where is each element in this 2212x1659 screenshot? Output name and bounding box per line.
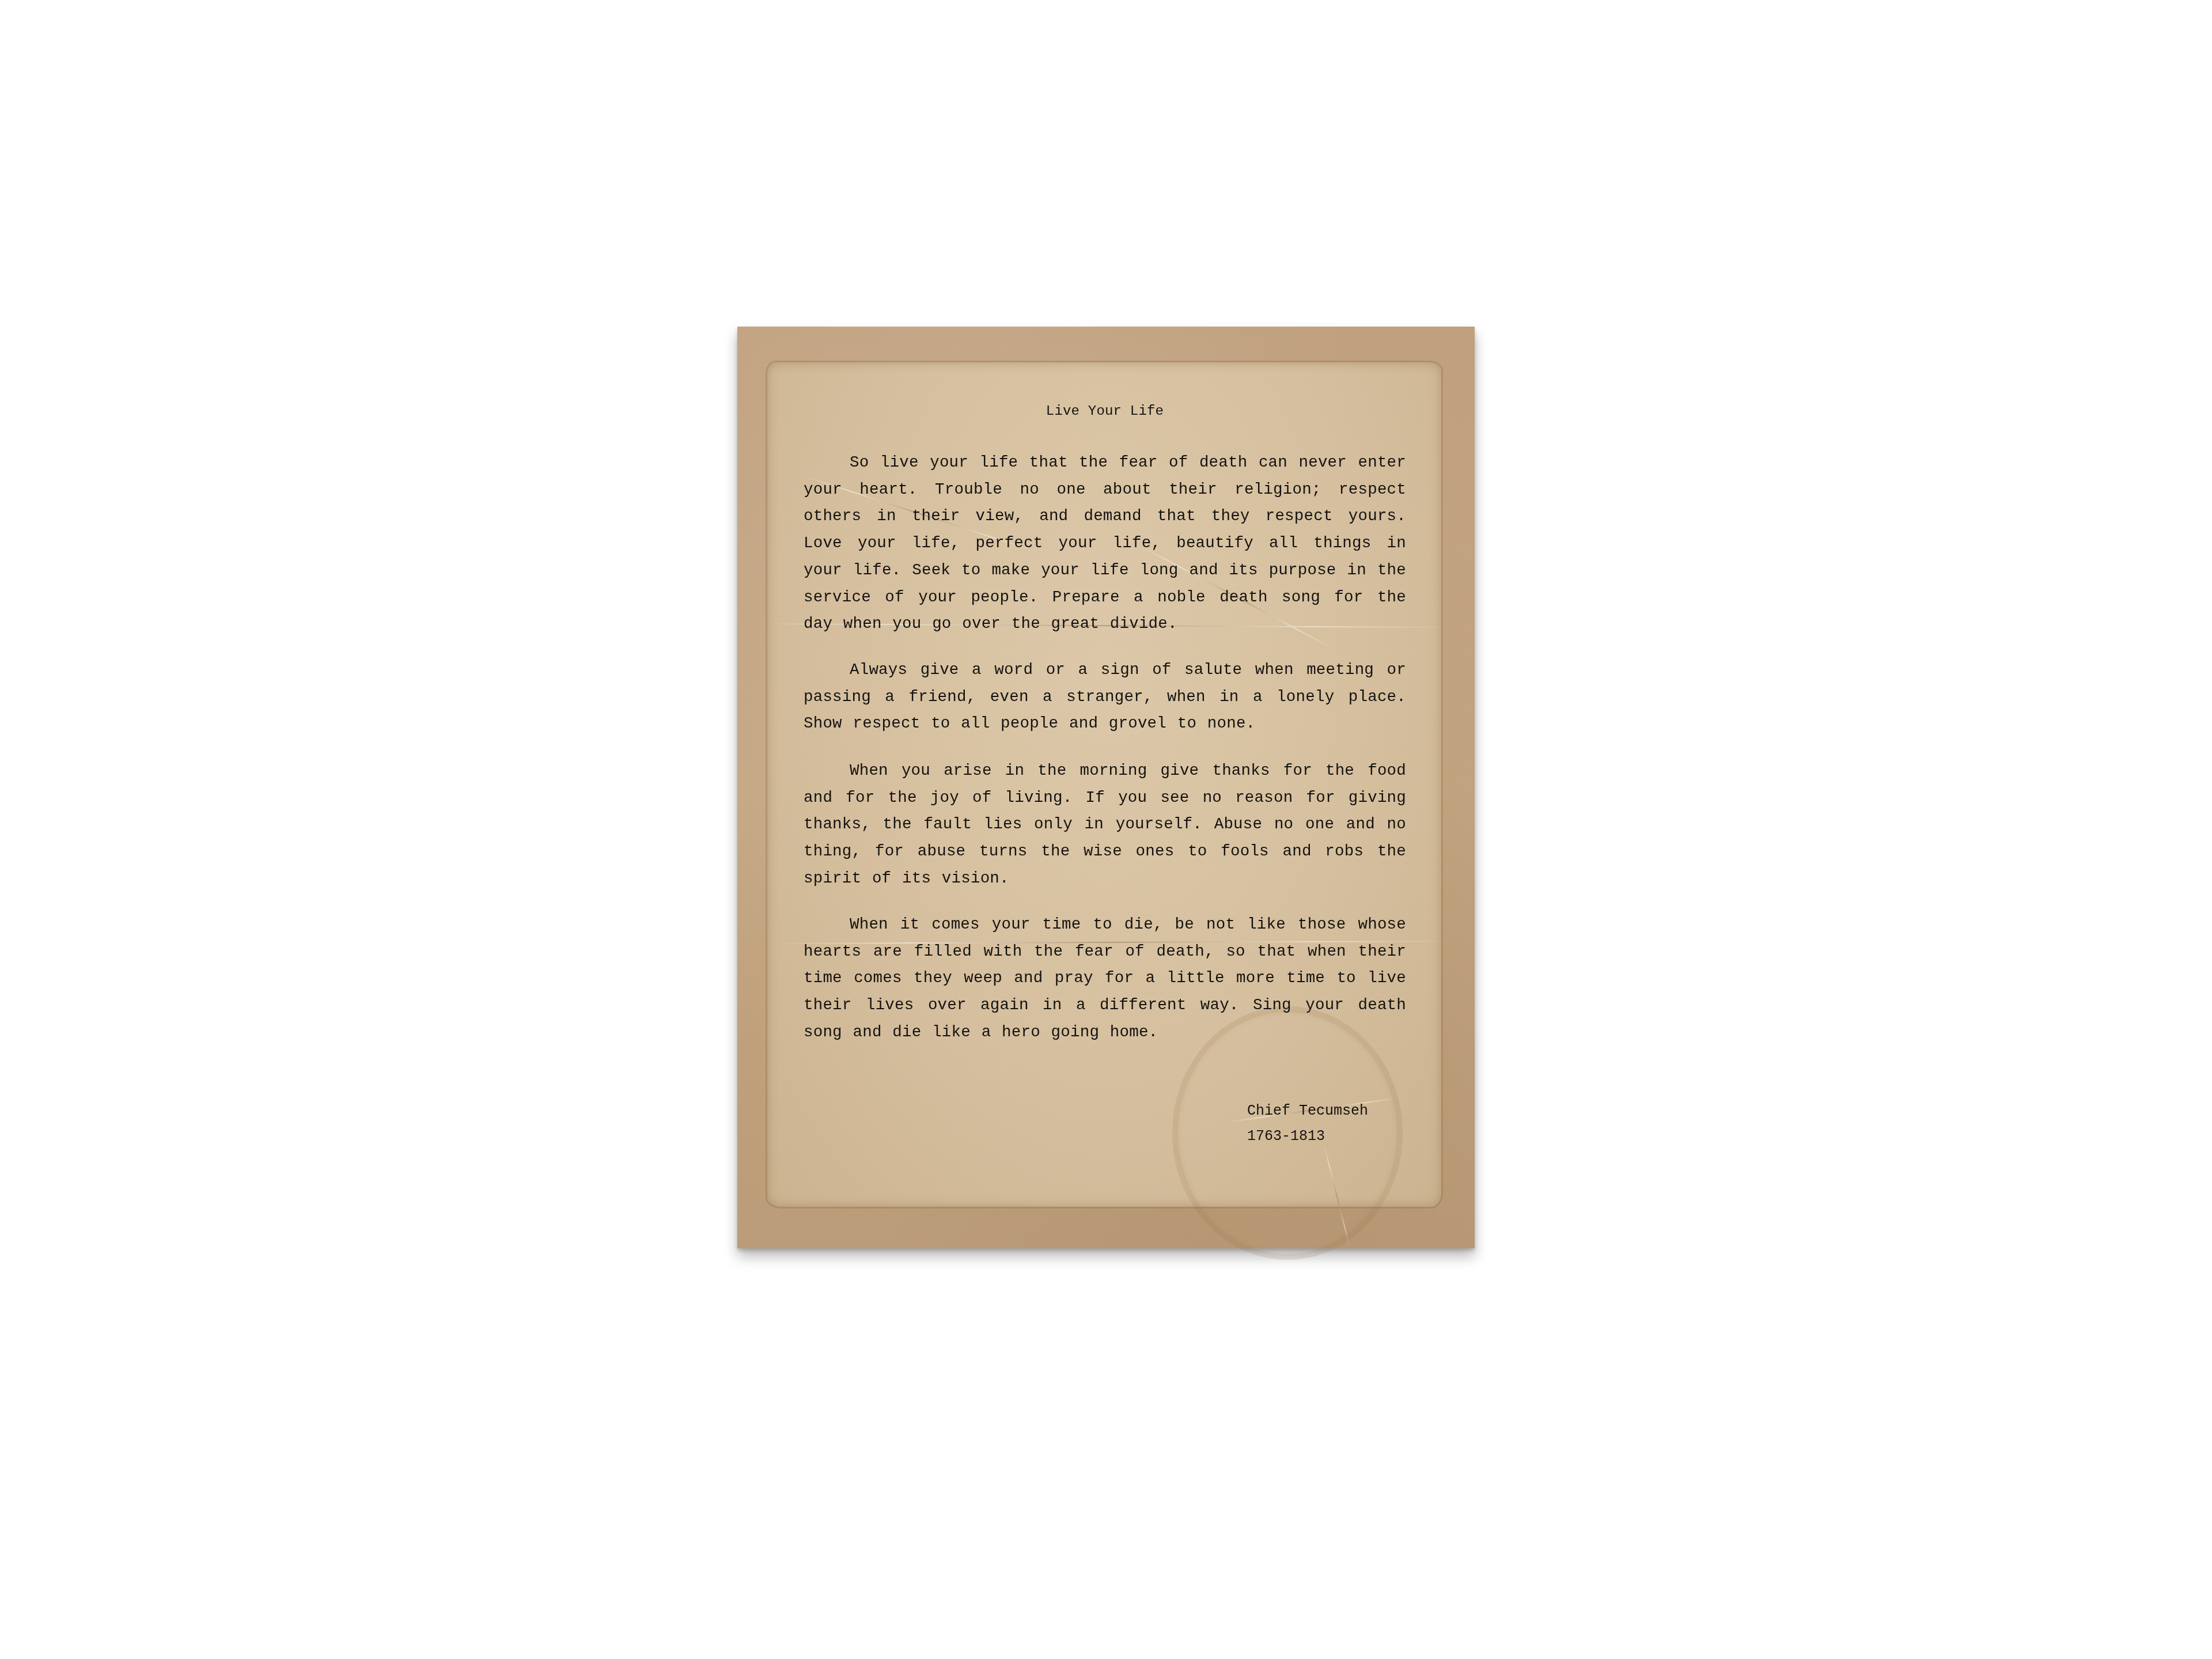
- paragraph: Always give a word or a sign of salute w…: [804, 657, 1406, 738]
- document-title: Live Your Life: [804, 399, 1406, 426]
- author-name: Chief Tecumseh: [1247, 1099, 1368, 1124]
- paragraph: When you arise in the morning give thank…: [804, 758, 1406, 893]
- paragraph: So live your life that the fear of death…: [804, 450, 1406, 638]
- signature-block: Chief Tecumseh 1763-1813: [1247, 1099, 1368, 1149]
- paragraph: When it comes your time to die, be not l…: [804, 912, 1406, 1047]
- aged-paper-print: Live Your Life So live your life that th…: [737, 327, 1475, 1248]
- author-years: 1763-1813: [1247, 1124, 1368, 1149]
